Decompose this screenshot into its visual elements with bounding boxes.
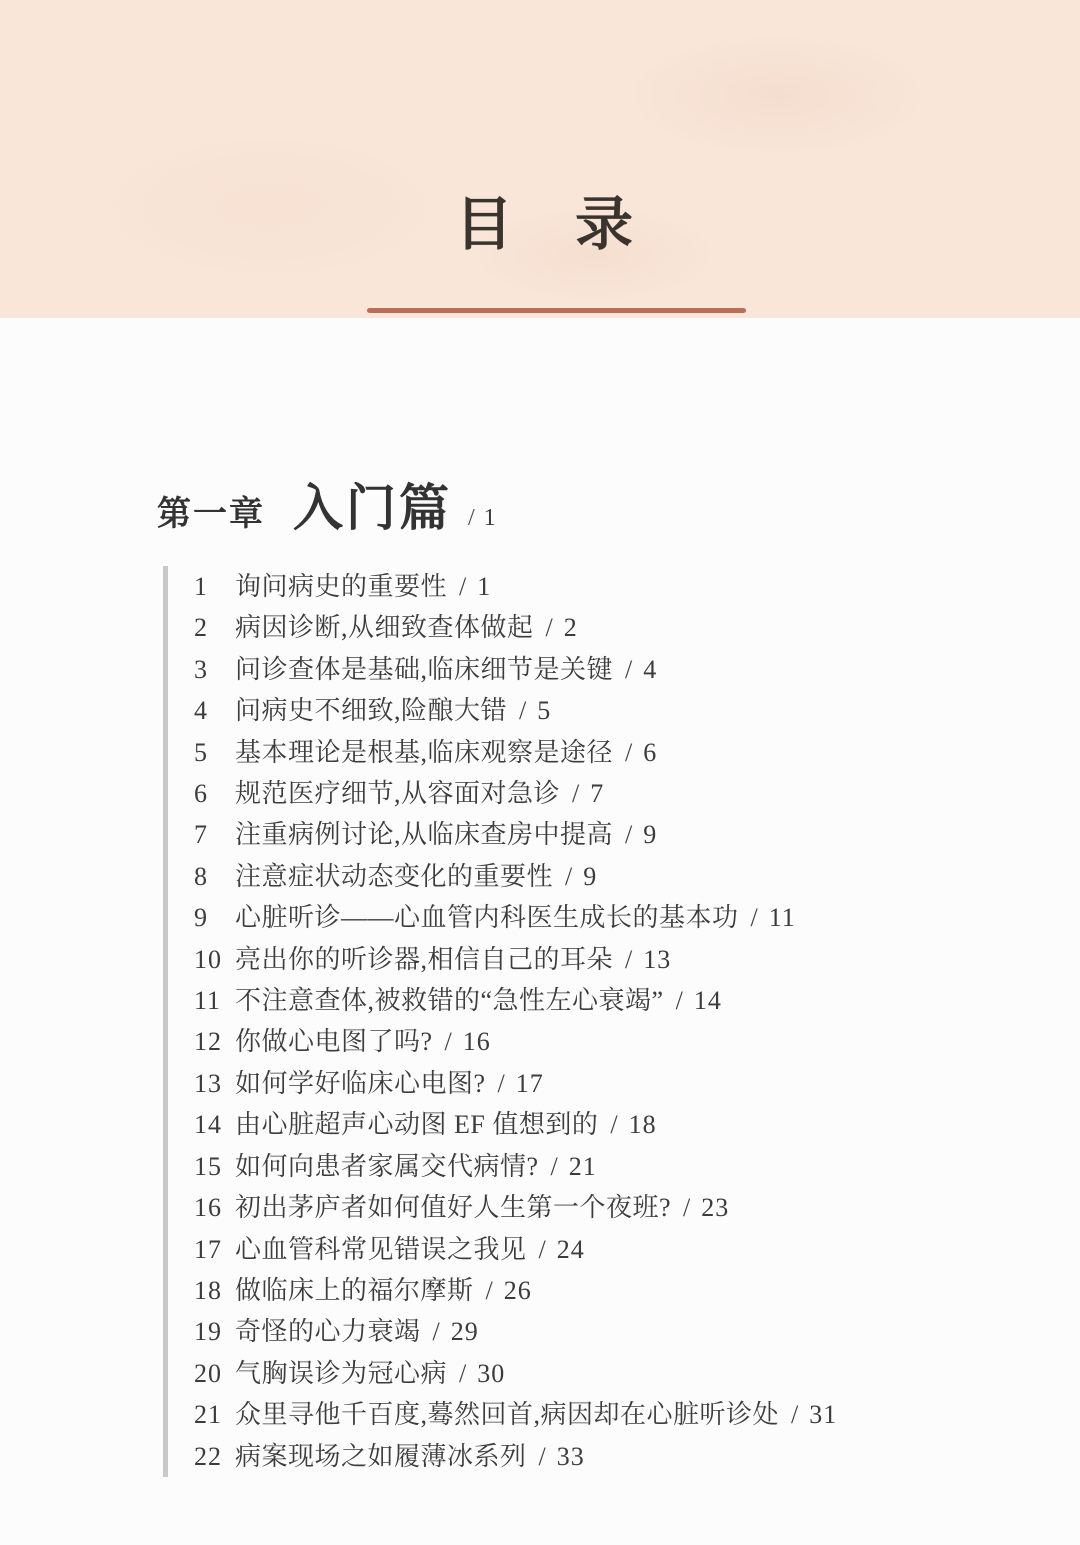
chapter-page-number: 1 bbox=[484, 505, 496, 532]
item-title: 病案现场之如履薄冰系列 bbox=[235, 1436, 527, 1477]
item-separator: / bbox=[625, 939, 632, 980]
item-title: 不注意查体,被救错的“急性左心衰竭” bbox=[235, 980, 664, 1021]
item-page: 17 bbox=[516, 1063, 544, 1104]
item-separator: / bbox=[445, 1021, 452, 1062]
toc-row: 17 心血管科常见错误之我见 / 24 bbox=[194, 1229, 954, 1270]
item-page: 9 bbox=[583, 856, 597, 897]
item-title: 注意症状动态变化的重要性 bbox=[235, 856, 553, 897]
item-page: 5 bbox=[537, 690, 551, 731]
item-page: 31 bbox=[809, 1394, 837, 1435]
toc-row: 14 由心脏超声心动图 EF 值想到的 / 18 bbox=[194, 1104, 954, 1145]
item-number: 2 bbox=[194, 607, 235, 648]
item-separator: / bbox=[459, 566, 466, 607]
item-separator: / bbox=[610, 1104, 617, 1145]
item-number: 16 bbox=[194, 1187, 235, 1228]
toc-row: 2 病因诊断,从细致查体做起 / 2 bbox=[194, 607, 954, 648]
item-title: 问诊查体是基础,临床细节是关键 bbox=[235, 649, 613, 690]
item-page: 4 bbox=[643, 649, 657, 690]
item-page: 30 bbox=[477, 1353, 505, 1394]
item-page: 26 bbox=[504, 1270, 532, 1311]
item-page: 11 bbox=[769, 897, 796, 938]
item-title: 你做心电图了吗? bbox=[235, 1021, 433, 1062]
chapter-page-separator: / bbox=[468, 505, 475, 532]
item-title: 规范医疗细节,从容面对急诊 bbox=[235, 773, 560, 814]
item-page: 16 bbox=[463, 1021, 491, 1062]
item-number: 19 bbox=[194, 1311, 235, 1352]
item-separator: / bbox=[486, 1270, 493, 1311]
item-page: 21 bbox=[569, 1146, 597, 1187]
item-separator: / bbox=[433, 1311, 440, 1352]
item-number: 7 bbox=[194, 814, 235, 855]
toc-row: 15 如何向患者家属交代病情? / 21 bbox=[194, 1146, 954, 1187]
item-number: 11 bbox=[194, 980, 235, 1021]
chapter-heading: 第一章 入门篇 / 1 bbox=[157, 468, 496, 540]
item-number: 8 bbox=[194, 856, 235, 897]
item-title: 由心脏超声心动图 EF 值想到的 bbox=[235, 1104, 598, 1145]
item-number: 5 bbox=[194, 732, 235, 773]
item-page: 1 bbox=[477, 566, 491, 607]
item-page: 7 bbox=[590, 773, 604, 814]
item-page: 13 bbox=[643, 939, 671, 980]
toc-row: 11 不注意查体,被救错的“急性左心衰竭” / 14 bbox=[194, 980, 954, 1021]
toc-row: 3 问诊查体是基础,临床细节是关键 / 4 bbox=[194, 649, 954, 690]
item-number: 3 bbox=[194, 649, 235, 690]
item-separator: / bbox=[572, 773, 579, 814]
toc-row: 16 初出茅庐者如何值好人生第一个夜班? / 23 bbox=[194, 1187, 954, 1228]
item-separator: / bbox=[519, 690, 526, 731]
item-title: 心血管科常见错误之我见 bbox=[235, 1229, 527, 1270]
item-number: 9 bbox=[194, 897, 235, 938]
toc-row: 7 注重病例讨论,从临床查房中提高 / 9 bbox=[194, 814, 954, 855]
item-title: 心脏听诊——心血管内科医生成长的基本功 bbox=[235, 897, 739, 938]
item-page: 14 bbox=[694, 980, 722, 1021]
item-separator: / bbox=[676, 980, 683, 1021]
header-band: 目 录 bbox=[0, 0, 1080, 318]
toc-row: 21 众里寻他千百度,蓦然回首,病因却在心脏听诊处 / 31 bbox=[194, 1394, 954, 1435]
item-page: 33 bbox=[557, 1436, 585, 1477]
item-title: 如何向患者家属交代病情? bbox=[235, 1146, 539, 1187]
book-toc-page: 目 录 第一章 入门篇 / 1 1 询问病史的重要性 / 1 2 病因诊断,从细… bbox=[0, 0, 1080, 1545]
item-page: 6 bbox=[643, 732, 657, 773]
item-number: 1 bbox=[194, 566, 235, 607]
toc-row: 6 规范医疗细节,从容面对急诊 / 7 bbox=[194, 773, 954, 814]
item-separator: / bbox=[459, 1353, 466, 1394]
toc-row: 20 气胸误诊为冠心病 / 30 bbox=[194, 1353, 954, 1394]
item-number: 12 bbox=[194, 1021, 235, 1062]
chapter-label: 第一章 bbox=[157, 486, 265, 535]
toc-row: 9 心脏听诊——心血管内科医生成长的基本功 / 11 bbox=[194, 897, 954, 938]
item-separator: / bbox=[751, 897, 758, 938]
item-title: 众里寻他千百度,蓦然回首,病因却在心脏听诊处 bbox=[235, 1394, 779, 1435]
item-number: 18 bbox=[194, 1270, 235, 1311]
item-title: 亮出你的听诊器,相信自己的耳朵 bbox=[235, 939, 613, 980]
toc-row: 22 病案现场之如履薄冰系列 / 33 bbox=[194, 1436, 954, 1477]
item-separator: / bbox=[539, 1229, 546, 1270]
toc-row: 5 基本理论是根基,临床观察是途径 / 6 bbox=[194, 732, 954, 773]
toc-row: 12 你做心电图了吗? / 16 bbox=[194, 1021, 954, 1062]
item-number: 10 bbox=[194, 939, 235, 980]
item-page: 2 bbox=[564, 607, 578, 648]
item-number: 6 bbox=[194, 773, 235, 814]
item-title: 初出茅庐者如何值好人生第一个夜班? bbox=[235, 1187, 671, 1228]
toc-row: 1 询问病史的重要性 / 1 bbox=[194, 566, 954, 607]
toc-row: 19 奇怪的心力衰竭 / 29 bbox=[194, 1311, 954, 1352]
item-number: 4 bbox=[194, 690, 235, 731]
item-separator: / bbox=[791, 1394, 798, 1435]
toc-list: 1 询问病史的重要性 / 1 2 病因诊断,从细致查体做起 / 2 3 问诊查体… bbox=[163, 566, 954, 1477]
item-separator: / bbox=[551, 1146, 558, 1187]
item-separator: / bbox=[625, 814, 632, 855]
item-title: 基本理论是根基,临床观察是途径 bbox=[235, 732, 613, 773]
toc-row: 10 亮出你的听诊器,相信自己的耳朵 / 13 bbox=[194, 939, 954, 980]
item-separator: / bbox=[539, 1436, 546, 1477]
item-number: 20 bbox=[194, 1353, 235, 1394]
item-title: 如何学好临床心电图? bbox=[235, 1063, 486, 1104]
item-page: 9 bbox=[643, 814, 657, 855]
chapter-title: 入门篇 bbox=[293, 468, 452, 540]
toc-row: 8 注意症状动态变化的重要性 / 9 bbox=[194, 856, 954, 897]
item-title: 问病史不细致,险酿大错 bbox=[235, 690, 507, 731]
page-title: 目 录 bbox=[0, 194, 1080, 256]
item-page: 23 bbox=[701, 1187, 729, 1228]
item-page: 24 bbox=[557, 1229, 585, 1270]
item-separator: / bbox=[625, 732, 632, 773]
item-title: 做临床上的福尔摩斯 bbox=[235, 1270, 474, 1311]
item-number: 15 bbox=[194, 1146, 235, 1187]
item-separator: / bbox=[498, 1063, 505, 1104]
item-title: 奇怪的心力衰竭 bbox=[235, 1311, 421, 1352]
item-page: 18 bbox=[629, 1104, 657, 1145]
item-title: 注重病例讨论,从临床查房中提高 bbox=[235, 814, 613, 855]
item-title: 气胸误诊为冠心病 bbox=[235, 1353, 447, 1394]
item-page: 29 bbox=[451, 1311, 479, 1352]
item-number: 21 bbox=[194, 1394, 235, 1435]
item-number: 17 bbox=[194, 1229, 235, 1270]
item-number: 13 bbox=[194, 1063, 235, 1104]
item-title: 询问病史的重要性 bbox=[235, 566, 447, 607]
item-title: 病因诊断,从细致查体做起 bbox=[235, 607, 534, 648]
item-separator: / bbox=[546, 607, 553, 648]
toc-row: 18 做临床上的福尔摩斯 / 26 bbox=[194, 1270, 954, 1311]
item-number: 22 bbox=[194, 1436, 235, 1477]
item-separator: / bbox=[683, 1187, 690, 1228]
toc-row: 13 如何学好临床心电图? / 17 bbox=[194, 1063, 954, 1104]
toc-row: 4 问病史不细致,险酿大错 / 5 bbox=[194, 690, 954, 731]
item-number: 14 bbox=[194, 1104, 235, 1145]
accent-divider bbox=[367, 308, 746, 313]
item-separator: / bbox=[565, 856, 572, 897]
item-separator: / bbox=[625, 649, 632, 690]
